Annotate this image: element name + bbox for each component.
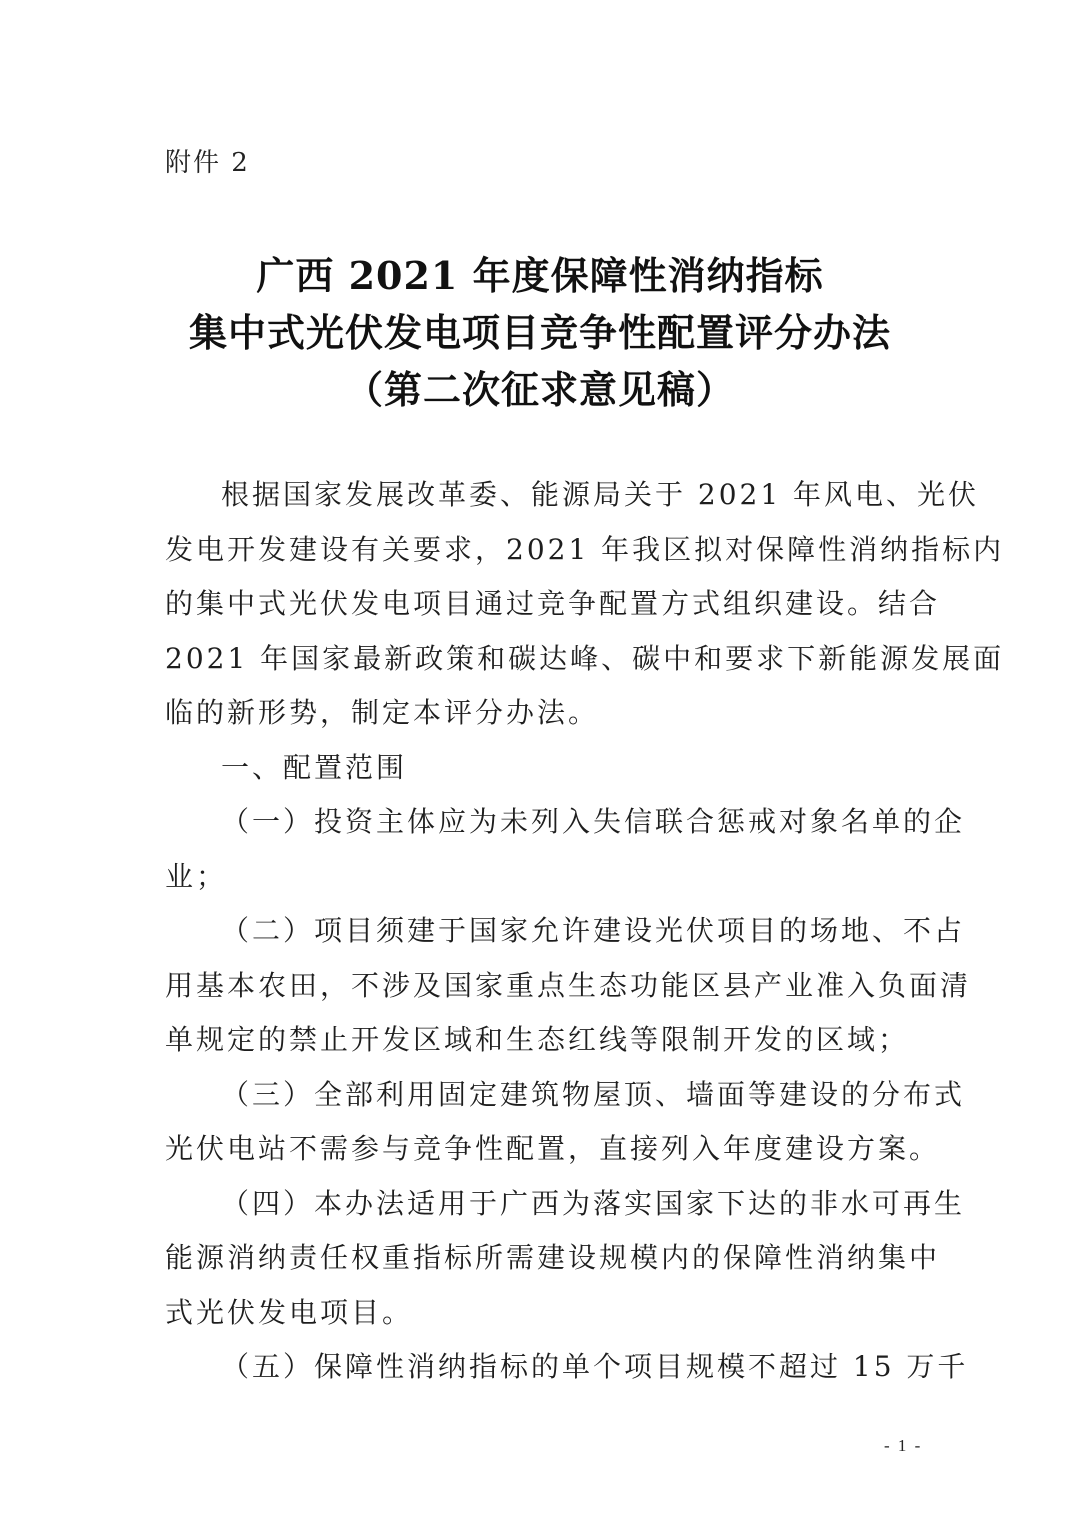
item-line: （四）本办法适用于广西为落实国家下达的非水可再生 [165, 1177, 917, 1232]
item-line: （五）保障性消纳指标的单个项目规模不超过 15 万千 [165, 1340, 917, 1395]
intro-paragraph: 根据国家发展改革委、能源局关于 2021 年风电、光伏 发电开发建设有关要求，2… [165, 468, 917, 741]
intro-line: 的集中式光伏发电项目通过竞争配置方式组织建设。结合 [165, 577, 917, 632]
list-item: （二）项目须建于国家允许建设光伏项目的场地、不占 用基本农田，不涉及国家重点生态… [165, 904, 917, 1068]
list-item: （一）投资主体应为未列入失信联合惩戒对象名单的企 业； [165, 795, 917, 904]
item-line: 光伏电站不需参与竞争性配置，直接列入年度建设方案。 [165, 1122, 917, 1177]
document-body: 根据国家发展改革委、能源局关于 2021 年风电、光伏 发电开发建设有关要求，2… [165, 468, 917, 1395]
list-item: （五）保障性消纳指标的单个项目规模不超过 15 万千 [165, 1340, 917, 1395]
intro-line: 发电开发建设有关要求，2021 年我区拟对保障性消纳指标内 [165, 523, 917, 578]
item-line: （一）投资主体应为未列入失信联合惩戒对象名单的企 [165, 795, 917, 850]
title-line-2: 集中式光伏发电项目竞争性配置评分办法 [0, 304, 1080, 361]
intro-line: 2021 年国家最新政策和碳达峰、碳中和要求下新能源发展面 [165, 632, 917, 687]
document-page: 附件 2 广西 2021 年度保障性消纳指标 集中式光伏发电项目竞争性配置评分办… [0, 0, 1080, 1527]
section-heading: 一、配置范围 [165, 741, 917, 796]
item-line: （二）项目须建于国家允许建设光伏项目的场地、不占 [165, 904, 917, 959]
item-line: （三）全部利用固定建筑物屋顶、墙面等建设的分布式 [165, 1068, 917, 1123]
page-number: - 1 - [884, 1436, 922, 1456]
title-line-1: 广西 2021 年度保障性消纳指标 [0, 247, 1080, 304]
item-line: 用基本农田，不涉及国家重点生态功能区县产业准入负面清 [165, 959, 917, 1014]
document-title: 广西 2021 年度保障性消纳指标 集中式光伏发电项目竞争性配置评分办法 （第二… [0, 247, 1080, 418]
intro-line: 临的新形势，制定本评分办法。 [165, 686, 917, 741]
item-line: 单规定的禁止开发区域和生态红线等限制开发的区域； [165, 1013, 917, 1068]
list-item: （四）本办法适用于广西为落实国家下达的非水可再生 能源消纳责任权重指标所需建设规… [165, 1177, 917, 1341]
list-item: （三）全部利用固定建筑物屋顶、墙面等建设的分布式 光伏电站不需参与竞争性配置，直… [165, 1068, 917, 1177]
intro-line: 根据国家发展改革委、能源局关于 2021 年风电、光伏 [165, 468, 917, 523]
item-line: 式光伏发电项目。 [165, 1286, 917, 1341]
attachment-label: 附件 2 [165, 143, 250, 183]
item-line: 能源消纳责任权重指标所需建设规模内的保障性消纳集中 [165, 1231, 917, 1286]
title-line-3: （第二次征求意见稿） [0, 361, 1080, 418]
item-line: 业； [165, 850, 917, 905]
